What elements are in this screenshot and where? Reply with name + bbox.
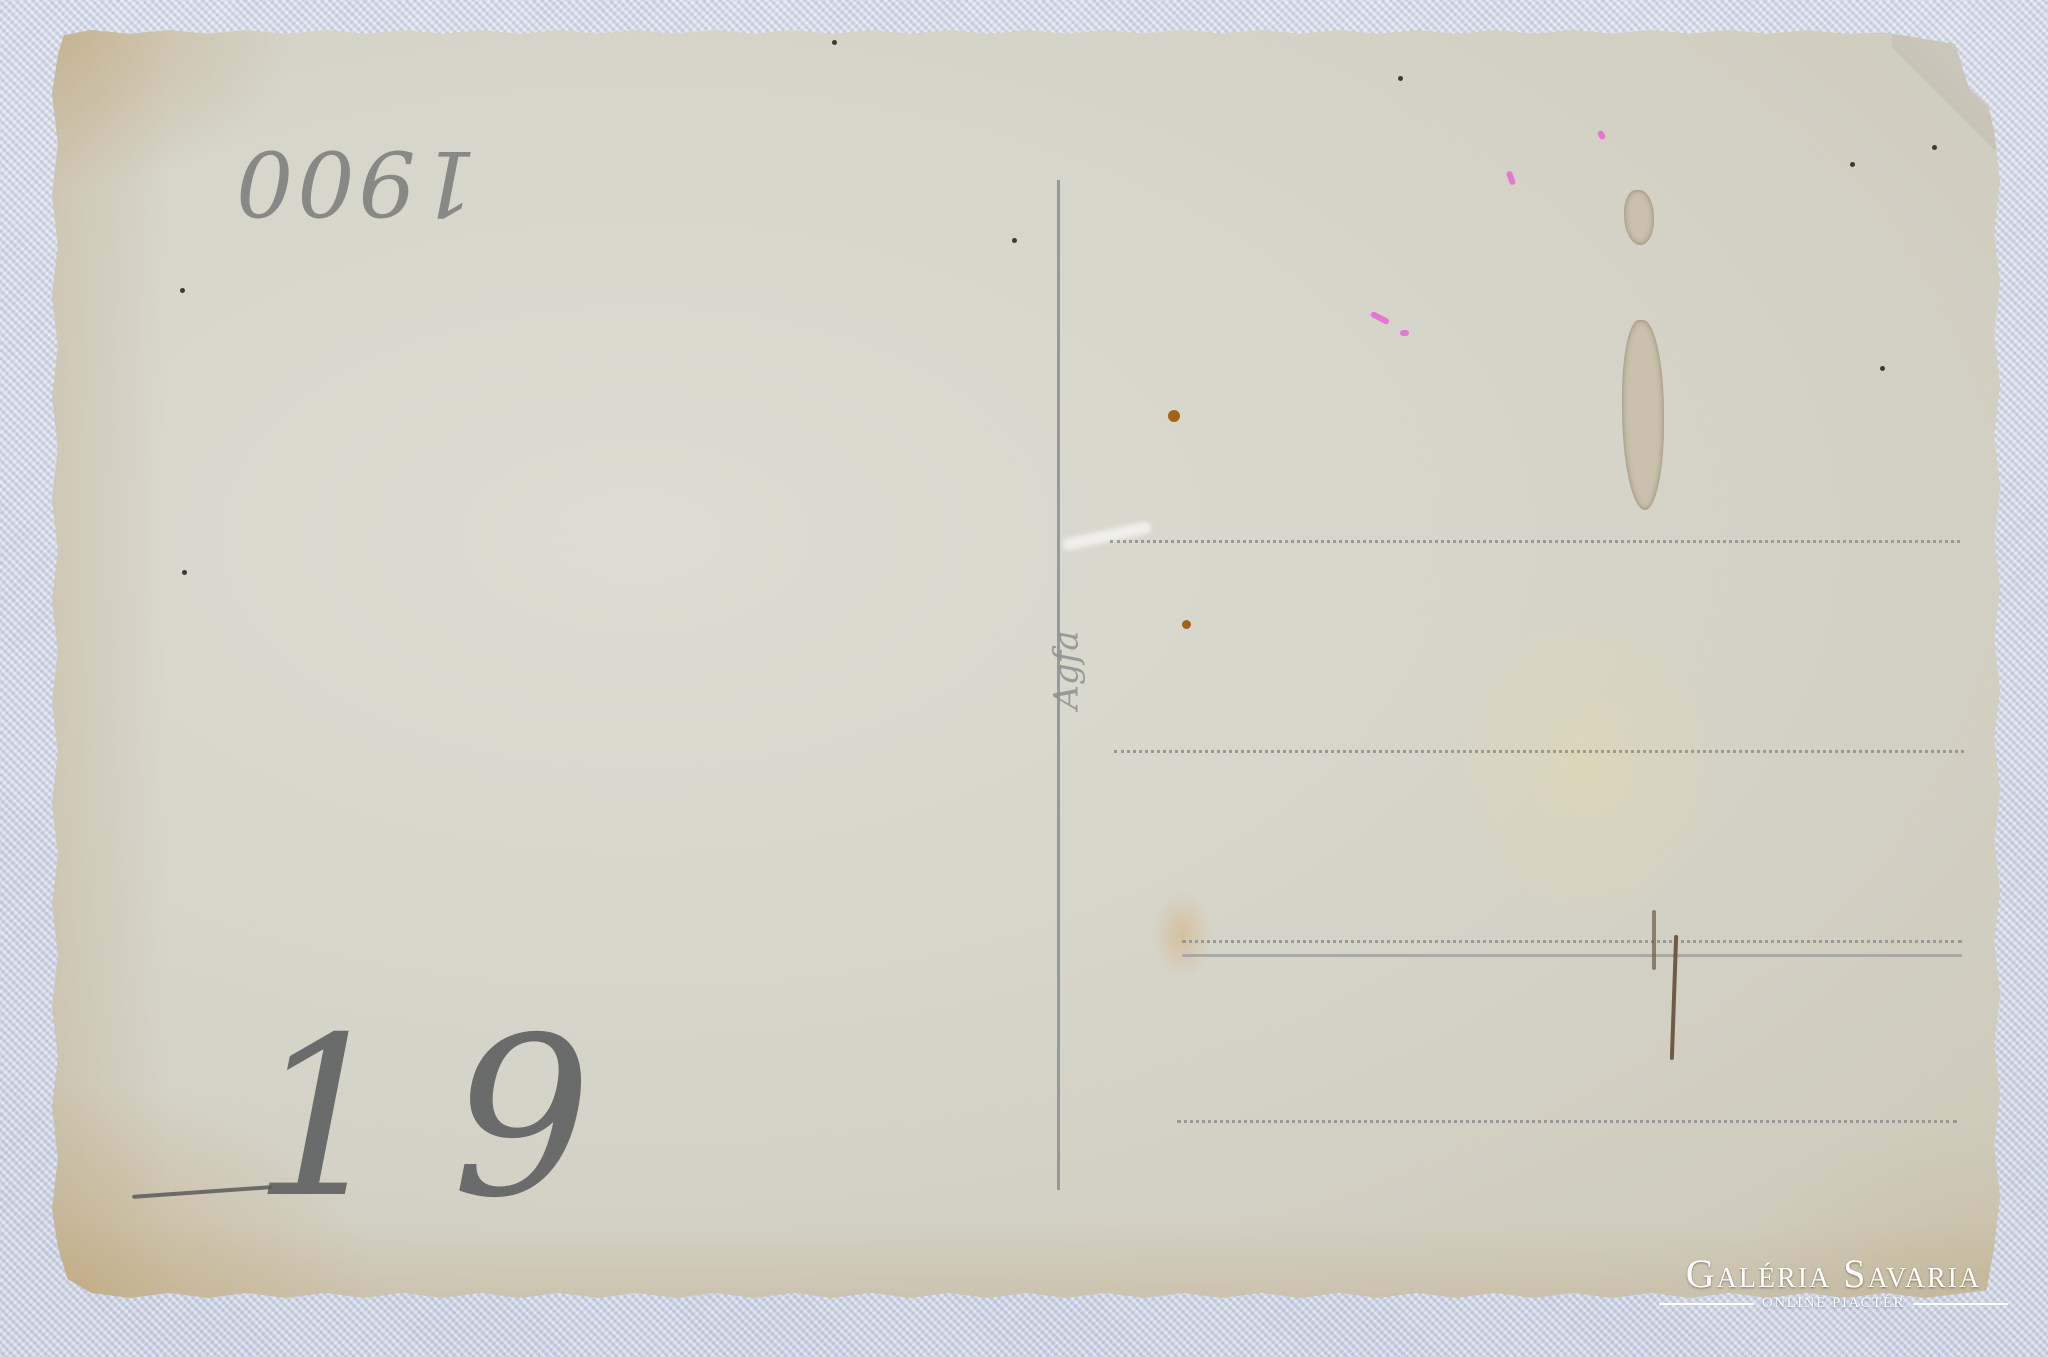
watermark-title: Galéria Savaria: [1659, 1254, 2008, 1294]
printer-mark: Agfa: [1047, 630, 1087, 709]
dirt-speck: [1880, 366, 1885, 371]
pink-ink-mark: [1400, 330, 1409, 336]
rust-spot: [1182, 620, 1191, 629]
dirt-speck: [180, 288, 185, 293]
address-line-2: [1114, 750, 1964, 753]
pencil-price-note: 19: [252, 990, 652, 1246]
paper-damage-top: [1624, 190, 1654, 245]
orange-stain: [1152, 890, 1212, 980]
watermark-rule-left: [1659, 1303, 1754, 1305]
watermark-subtitle: ONLINE PIACTÉR: [1762, 1296, 1905, 1311]
dirt-speck: [1012, 238, 1017, 243]
galeria-savaria-watermark: Galéria Savaria ONLINE PIACTÉR: [1659, 1254, 2008, 1311]
pencil-year-note: 1900: [232, 130, 477, 235]
address-line-3: [1182, 940, 1962, 943]
dirt-speck: [182, 570, 187, 575]
postcard-back: 1900 19 Agfa: [52, 30, 2002, 1298]
paper-damage-middle: [1622, 320, 1664, 510]
address-line-1: [1110, 540, 1960, 543]
watermark-rule-right: [1913, 1303, 2008, 1305]
dirt-speck: [1398, 76, 1403, 81]
rust-spot: [1168, 410, 1180, 422]
dirt-speck: [832, 40, 837, 45]
dirt-speck: [1932, 145, 1937, 150]
water-stain: [1462, 620, 1712, 910]
address-line-3-shadow: [1182, 954, 1962, 957]
dirt-speck: [1850, 162, 1855, 167]
scratch-mark-2: [1652, 910, 1656, 970]
watermark-subtitle-row: ONLINE PIACTÉR: [1659, 1296, 2008, 1311]
address-line-4: [1177, 1120, 1957, 1123]
